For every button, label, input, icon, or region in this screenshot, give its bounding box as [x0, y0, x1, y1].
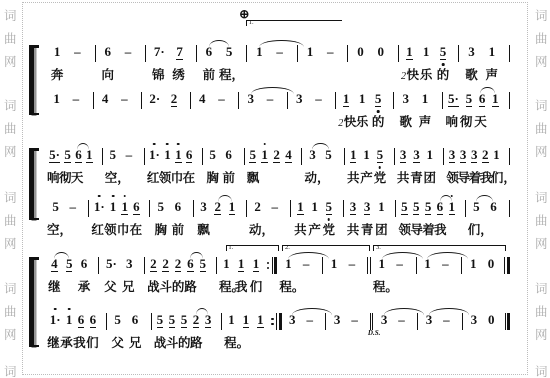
- note: 7·: [153, 43, 166, 61]
- note: 1: [423, 255, 432, 273]
- lyric-syllable: 飘: [247, 169, 259, 187]
- measure: 6–向: [96, 46, 147, 84]
- note: 0: [356, 43, 365, 61]
- lyric-syllable: 歌: [396, 113, 415, 131]
- note: 3: [247, 90, 256, 108]
- note: –: [314, 90, 323, 108]
- note-digit: 5: [401, 199, 408, 215]
- note: 0: [487, 255, 496, 273]
- note-digit: –: [126, 147, 133, 162]
- lyric-syllable: 红: [91, 221, 104, 239]
- barline-single: [509, 45, 510, 62]
- measure: 3–: [239, 93, 288, 131]
- measure: 5·561响彻天: [443, 93, 510, 131]
- note-digit: –: [351, 312, 358, 327]
- note-digit: 1: [470, 256, 477, 271]
- note-digit: 1·: [50, 312, 61, 327]
- note: 5: [63, 146, 72, 164]
- measure: 1·116红领巾在: [145, 149, 203, 187]
- note: 5: [400, 198, 409, 216]
- note-digit: 6: [81, 256, 88, 271]
- volta-label: 1.: [249, 20, 254, 27]
- note-digit: 1: [426, 147, 433, 162]
- note-digit: 6: [479, 91, 486, 107]
- note: 5: [374, 90, 383, 108]
- note: 1: [109, 198, 118, 216]
- note-digit: 5: [169, 312, 176, 328]
- lyric-syllable: 团: [423, 169, 436, 187]
- note: 1: [377, 198, 386, 216]
- note: –: [120, 90, 129, 108]
- note: 6: [77, 311, 86, 329]
- note-digit: –: [74, 44, 81, 59]
- lyric-syllable: 战: [147, 278, 159, 296]
- note-digit: 3: [402, 91, 409, 106]
- lyric-spacer: [446, 221, 458, 239]
- note-digit: 2: [162, 256, 169, 272]
- lyric-spacer: [271, 169, 283, 187]
- note-digit: –: [218, 91, 225, 106]
- sheet-music-page: 词曲网词曲网词曲网词曲网词 词曲网词曲网词曲网词曲网词 1–奔6–向7·7锦绣6…: [0, 0, 550, 378]
- note: –: [217, 90, 226, 108]
- measure: 2–动，: [247, 201, 291, 239]
- note: 1: [425, 146, 434, 164]
- lyric-syllable: 们，: [468, 221, 485, 239]
- note-digit: 5: [110, 147, 117, 162]
- note-digit: 5: [157, 312, 164, 328]
- lyric-syllable: 2快: [338, 113, 354, 131]
- note: –: [275, 43, 284, 61]
- note: 5: [168, 311, 177, 329]
- measure: 1–: [247, 46, 298, 84]
- note: 1: [422, 43, 431, 61]
- lyric-syllable: 青: [360, 221, 374, 239]
- note-digit: 5: [425, 199, 432, 215]
- lyric-syllable: 的: [172, 278, 184, 296]
- note: 3: [448, 146, 457, 164]
- lyric-syllable: 共: [347, 169, 360, 187]
- note: 0: [487, 311, 496, 329]
- note-digit: 1: [449, 199, 456, 215]
- lyric-spacer: [375, 334, 392, 352]
- octave-dot-low: [377, 110, 380, 113]
- note: 2: [213, 198, 222, 216]
- note: 5·: [105, 255, 118, 273]
- measure: 10: [462, 258, 510, 296]
- lyric-syllable: 彻: [459, 113, 473, 131]
- measure: 5–空，: [103, 149, 145, 187]
- note-digit: 6: [225, 147, 232, 162]
- note: –: [73, 43, 82, 61]
- note-digit: –: [69, 199, 76, 214]
- note: 1: [491, 90, 500, 108]
- note-digit: 1: [311, 199, 318, 214]
- note: 5·: [48, 146, 61, 164]
- lyric-spacer: [485, 221, 502, 239]
- note: 1: [296, 198, 305, 216]
- lyric-syllable: 程。: [219, 278, 234, 296]
- lyric-syllable: 前: [221, 169, 237, 187]
- lyric-syllable: 承: [60, 334, 73, 352]
- note-digit: 1: [489, 44, 496, 59]
- note: 5: [109, 146, 118, 164]
- lyric-syllable: 2快: [401, 66, 418, 84]
- measure: 1–: [417, 258, 463, 296]
- note-digit: 2: [171, 91, 178, 107]
- note-digit: 1: [424, 256, 431, 271]
- note: 1: [448, 198, 457, 216]
- lyric-syllable: 产: [360, 169, 373, 187]
- lyric-spacer: [239, 334, 253, 352]
- system-bracket: [29, 46, 34, 114]
- lyric-syllable: 导: [410, 221, 422, 239]
- lyric-syllable: 着: [469, 169, 480, 187]
- measure: 1–奔: [45, 46, 96, 84]
- note: 3: [349, 198, 358, 216]
- lyric-spacer: [249, 66, 269, 84]
- note-digit: 4: [199, 91, 206, 106]
- note: 1: [469, 255, 478, 273]
- note-digit: 2: [150, 256, 157, 272]
- note-digit: 1: [66, 312, 73, 327]
- note: 4: [284, 146, 293, 164]
- note-digit: –: [121, 91, 128, 106]
- note: 3: [399, 146, 408, 164]
- lyric-spacer: [47, 113, 66, 131]
- note-digit: 3: [200, 199, 207, 214]
- note-digit: 6: [133, 199, 140, 215]
- lyric-spacer: [144, 113, 163, 131]
- measure: 1–: [323, 258, 371, 296]
- note: 3: [288, 311, 297, 329]
- note-digit: 1: [331, 256, 338, 271]
- lyric-spacer: [241, 113, 260, 131]
- note: 7: [175, 43, 184, 61]
- lyric-spacer: [301, 334, 318, 352]
- lyric-syllable: 党: [373, 169, 386, 187]
- note-digit: 1: [350, 147, 357, 163]
- note: 5: [199, 255, 208, 273]
- note: 1: [227, 311, 236, 329]
- note-digit: 5: [326, 199, 333, 215]
- note-digit: 5: [181, 312, 188, 328]
- lyric-syllable: 前: [169, 221, 186, 239]
- measure: 5·3父兄: [99, 258, 145, 296]
- lyric-spacer: [391, 278, 409, 296]
- note: 1: [260, 146, 269, 164]
- lyric-syllable: 我: [73, 334, 86, 352]
- measure: 331共青团: [395, 149, 445, 187]
- note: 5: [424, 198, 433, 216]
- note: 1: [421, 90, 430, 108]
- measure: 3–D.S.: [326, 314, 373, 352]
- voice-line: 1·166继承我们56父兄55523战斗的路111程。3–3–D.S.3–3–3…: [45, 314, 510, 352]
- note: 1: [330, 255, 339, 273]
- note-digit: 6: [132, 312, 139, 327]
- lyric-syllable: 奔: [47, 66, 67, 84]
- note-digit: 1: [229, 199, 236, 215]
- measure: 30: [463, 314, 510, 352]
- note-digit: 1: [257, 312, 264, 328]
- note-digit: 3: [364, 199, 371, 215]
- lyric-syllable: 路: [190, 334, 202, 352]
- note-digit: 5: [377, 147, 384, 163]
- note-digit: –: [73, 91, 80, 106]
- note-digit: 0: [357, 44, 364, 59]
- lyric-spacer: [211, 221, 225, 239]
- measure: 55523战斗的路: [152, 314, 222, 352]
- note: 1: [252, 255, 261, 273]
- lyric-syllable: 天: [71, 169, 83, 187]
- note: 6: [132, 198, 141, 216]
- lyric-spacer: [260, 113, 279, 131]
- lyric-syllable: 共: [397, 169, 410, 187]
- lyric-spacer: [83, 169, 95, 187]
- lyric-spacer: [66, 113, 85, 131]
- note-digit: 2: [254, 199, 261, 214]
- octave-dot-high: [68, 308, 71, 311]
- note: 5: [472, 198, 481, 216]
- note: –: [326, 43, 335, 61]
- note-digit: –: [398, 312, 405, 327]
- octave-dot-high: [153, 143, 156, 146]
- note: 1: [378, 255, 387, 273]
- lyric-syllable: 在: [129, 221, 142, 239]
- note: 6: [224, 146, 233, 164]
- note: 3: [412, 146, 421, 164]
- volta-bracket: 3.: [373, 245, 506, 251]
- note-digit: 3: [400, 147, 407, 163]
- lyric-syllable: 程。: [279, 278, 297, 296]
- lyric-syllable: 领: [398, 221, 410, 239]
- note: 5: [324, 146, 333, 164]
- note-digit: 0: [488, 256, 495, 271]
- note-digit: 3: [289, 312, 296, 327]
- lyric-syllable: 声: [482, 66, 502, 84]
- lyric-spacer: [67, 66, 87, 84]
- measure: 115共产党: [291, 201, 344, 239]
- lyric-syllable: 巾: [117, 221, 130, 239]
- note: 1: [120, 198, 129, 216]
- note-digit: –: [125, 44, 132, 59]
- note: 1: [242, 311, 251, 329]
- lyric-syllable: 我: [434, 221, 446, 239]
- note-digit: 4: [285, 147, 292, 163]
- volta-bracket: 1.: [246, 20, 342, 26]
- measure: 3–: [373, 314, 418, 352]
- note: 1: [349, 146, 358, 164]
- lyric-spacer: [483, 334, 500, 352]
- note: 2: [253, 198, 262, 216]
- lyric-spacer: [202, 334, 214, 352]
- lyric-spacer: [482, 278, 500, 296]
- note-digit: –: [267, 91, 274, 106]
- note: 1: [405, 43, 414, 61]
- note: 6: [205, 43, 214, 61]
- lyric-spacer: [64, 221, 81, 239]
- volta-bracket: 1.: [226, 245, 279, 251]
- note: 5: [376, 146, 385, 164]
- note: 3: [470, 311, 479, 329]
- lyric-spacer: [297, 278, 315, 296]
- note: 1: [306, 43, 315, 61]
- note: 4: [198, 90, 207, 108]
- note-digit: 6: [90, 312, 97, 328]
- note: –: [125, 146, 134, 164]
- measure: 00: [348, 46, 399, 84]
- measure: 1–: [45, 93, 94, 131]
- lyric-syllable: 巾: [171, 169, 183, 187]
- note: 5: [225, 43, 234, 61]
- lyric-syllable: 的: [370, 113, 386, 131]
- measure: 5124飘: [245, 149, 303, 187]
- barline-single: [509, 200, 510, 217]
- note-digit: 5·: [448, 91, 459, 107]
- lyric-syllable: 们，: [491, 169, 502, 187]
- measure: 33321领导着我们，: [444, 149, 510, 187]
- measure: 56胸前: [203, 149, 245, 187]
- measure: 115共产党: [345, 149, 395, 187]
- lyric-spacer: [321, 169, 337, 187]
- note-digit: 5: [200, 256, 207, 272]
- barline-repeat-end: [267, 257, 277, 274]
- lyric-syllable: 空，: [47, 221, 64, 239]
- note-digit: 5: [66, 256, 73, 272]
- note-digit: 5: [466, 91, 473, 107]
- note-digit: 3: [296, 91, 303, 106]
- note-digit: 3: [126, 256, 133, 271]
- note-digit: 2: [193, 312, 200, 328]
- note-digit: –: [303, 256, 310, 271]
- lyric-spacer: [193, 113, 212, 131]
- lyric-syllable: 路: [184, 278, 196, 296]
- measure: 1–: [298, 46, 349, 84]
- note: 5·: [447, 90, 460, 108]
- note: 2·: [148, 90, 161, 108]
- note-digit: 3: [460, 147, 467, 163]
- note: 1: [255, 43, 264, 61]
- lyric-syllable: 兄: [126, 334, 143, 352]
- note: 3: [308, 146, 317, 164]
- note-digit: 2: [175, 256, 182, 272]
- note: –: [124, 43, 133, 61]
- note-digit: –: [276, 44, 283, 59]
- note: 1: [358, 90, 367, 108]
- note-digit: 0: [378, 44, 385, 59]
- note-digit: 7: [176, 44, 183, 60]
- lyric-syllable: 团: [374, 221, 388, 239]
- note: –: [302, 255, 311, 273]
- measure: 1–程。: [277, 258, 323, 296]
- note-digit: 1: [406, 44, 413, 60]
- note-digit: 3: [309, 147, 316, 162]
- measure: 1152快乐的: [399, 46, 459, 84]
- octave-dot-high: [263, 143, 266, 146]
- note: 1: [163, 146, 172, 164]
- note-digit: –: [271, 199, 278, 214]
- barline-final: [505, 313, 511, 330]
- measure: 7·7锦绣: [146, 46, 197, 84]
- note-digit: 6: [490, 199, 497, 214]
- note-digit: 1: [256, 44, 263, 59]
- barline-final: [504, 257, 510, 274]
- volta-label: 3.: [376, 245, 381, 252]
- note-digit: 1: [175, 147, 182, 163]
- note: 1·: [93, 198, 106, 216]
- lyric-spacer: [225, 221, 239, 239]
- note: 6: [478, 90, 487, 108]
- octave-dot-high: [54, 308, 57, 311]
- measure: 31歌声: [459, 46, 510, 84]
- note-digit: 3: [248, 91, 255, 106]
- verse-number: 2: [401, 71, 406, 82]
- measure: 22265战斗的路: [145, 258, 217, 296]
- note: 3: [333, 311, 342, 329]
- note: 3: [199, 198, 208, 216]
- note: 5: [412, 198, 421, 216]
- octave-dot-low: [442, 63, 445, 66]
- lyric-spacer: [283, 169, 295, 187]
- lyric-syllable: 空，: [105, 169, 121, 187]
- note: 1: [488, 43, 497, 61]
- note: –: [68, 198, 77, 216]
- note: 6: [186, 255, 195, 273]
- barline-single: [509, 148, 510, 165]
- note-digit: 3: [381, 312, 388, 327]
- lyric-syllable: 向: [98, 66, 118, 84]
- note: 3: [204, 311, 213, 329]
- measure: 111程。我们: [217, 258, 277, 296]
- note-digit: 7·: [154, 44, 165, 59]
- note-digit: 1: [343, 91, 350, 107]
- note-digit: 5: [375, 91, 382, 107]
- lyric-syllable: 导: [458, 169, 469, 187]
- note: 6: [436, 198, 445, 216]
- note-digit: 2: [482, 147, 489, 163]
- volta-label: 1.: [228, 245, 233, 252]
- measure: 111程。: [222, 314, 281, 352]
- lyric-syllable: 共: [346, 221, 360, 239]
- octave-dot-high: [112, 195, 115, 198]
- lyric-spacer: [115, 113, 134, 131]
- note: 6: [131, 311, 140, 329]
- lyric-syllable: 着: [422, 221, 434, 239]
- note: 0: [377, 43, 386, 61]
- measure: 5·561响彻天: [45, 149, 103, 187]
- note: 5: [157, 198, 166, 216]
- note-digit: 4: [51, 256, 58, 272]
- note: 1·: [49, 311, 62, 329]
- note: –: [350, 311, 359, 329]
- note-digit: 5: [64, 147, 71, 163]
- lyric-spacer: [420, 334, 437, 352]
- note-digit: 3: [205, 312, 212, 328]
- measure: 321飘: [194, 201, 247, 239]
- note: 3: [363, 198, 372, 216]
- system-bracket: [29, 149, 34, 219]
- note: 4: [101, 90, 110, 108]
- measure: 65前程，: [197, 46, 248, 84]
- measure: 3–: [418, 314, 463, 352]
- octave-dot-high: [166, 143, 169, 146]
- lyric-syllable: 动，: [249, 221, 266, 239]
- note-digit: 1: [238, 256, 245, 272]
- lyric-spacer: [118, 66, 138, 84]
- note-digit: 1: [493, 147, 500, 162]
- lyric-syllable: 我: [234, 278, 249, 296]
- note-digit: 5: [325, 147, 332, 162]
- lyric-syllable: 们: [86, 334, 99, 352]
